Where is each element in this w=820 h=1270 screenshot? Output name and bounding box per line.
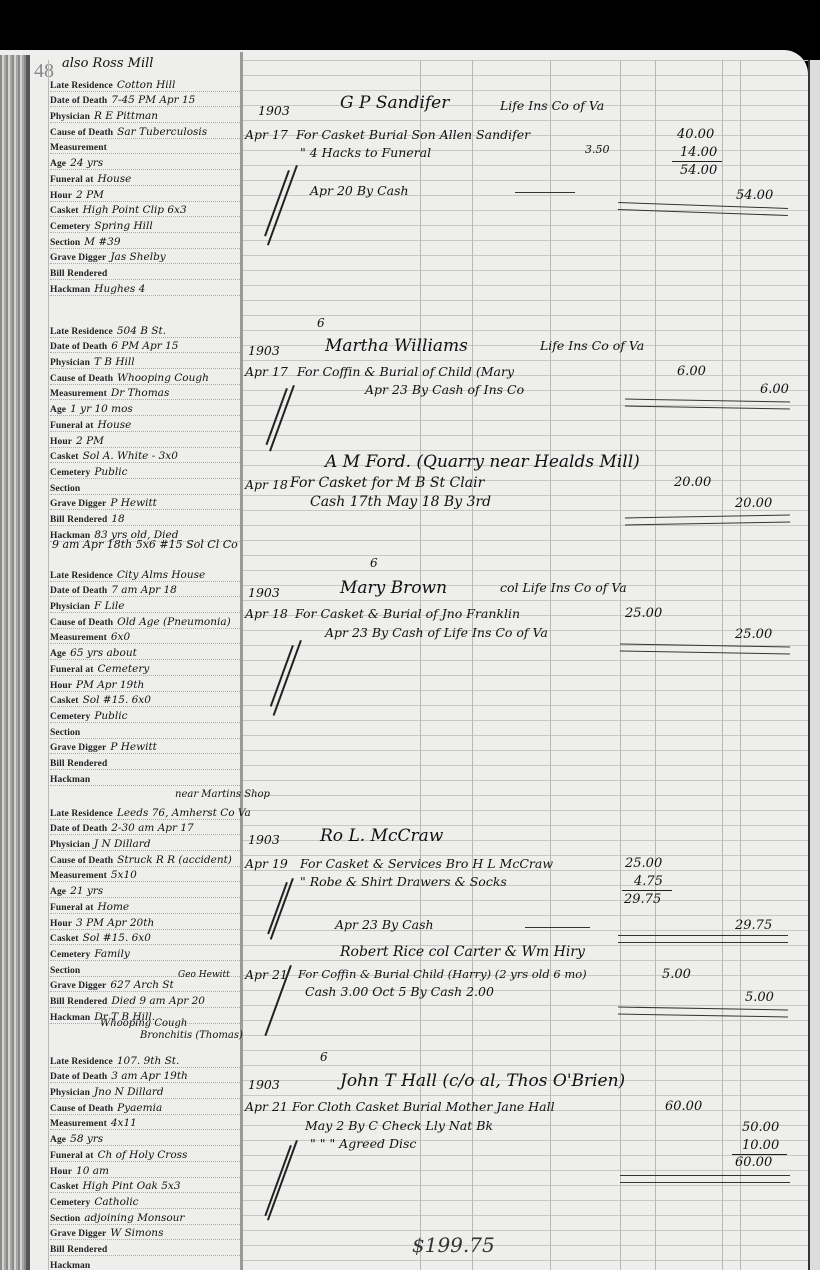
field-label: Cemetery	[50, 1198, 90, 1208]
entry-4b-line-1-debit: 5.00	[662, 967, 691, 982]
field-section: Section	[50, 479, 240, 495]
subtotal-rule	[672, 161, 722, 162]
rule-line	[243, 1185, 808, 1186]
field-value: High Pint Oak 5x3	[79, 1180, 240, 1192]
field-label: Cause of Death	[50, 1104, 113, 1114]
field-label: Bill Rendered	[50, 759, 107, 769]
entry-2b-line-1-debit: 20.00	[674, 475, 711, 490]
entry-5-credit-2: 10.00	[742, 1138, 779, 1153]
field-label: Date of Death	[50, 1072, 107, 1082]
field-value: 18	[107, 513, 240, 525]
rule-line	[243, 75, 808, 76]
field-label: Bill Rendered	[50, 269, 107, 279]
field-label: Measurement	[50, 871, 107, 881]
rule-line	[243, 525, 808, 526]
field-funeral-at: Funeral atHouse	[50, 170, 240, 186]
entry-2b-line-2-text: Cash 17th May 18 By 3rd	[310, 494, 491, 510]
field-value: Catholic	[90, 1196, 240, 1208]
field-label: Casket	[50, 934, 79, 944]
field-late-residence: Late ResidenceLeeds 76, Amherst Co Va	[50, 804, 240, 820]
field-value: 627 Arch St	[106, 979, 240, 991]
field-label: Grave Digger	[50, 981, 106, 991]
field-label: Section	[50, 966, 80, 976]
field-label: Hour	[50, 1167, 72, 1177]
field-label: Casket	[50, 1182, 79, 1192]
field-label: Grave Digger	[50, 1229, 106, 1239]
field-bill-rendered: Bill Rendered	[50, 754, 240, 770]
field-grave-digger: Grave DiggerP Hewitt	[50, 495, 240, 511]
entry-2-year: 1903	[248, 343, 280, 358]
entry-4-line-4-text: Apr 23 By Cash	[335, 917, 434, 932]
field-value: 10 am	[72, 1165, 240, 1177]
field-section: Section	[50, 723, 240, 739]
double-rule	[618, 935, 788, 943]
entry-4-credit: 29.75	[735, 918, 772, 933]
field-hour: Hour2 PM	[50, 432, 240, 448]
entry-5-total: 60.00	[735, 1155, 772, 1170]
field-label: Section	[50, 238, 80, 248]
field-value: Family	[90, 948, 240, 960]
field-value: Sol A. White - 3x0	[79, 450, 240, 462]
entry-5-year: 1903	[248, 1077, 280, 1092]
rule-line	[243, 120, 808, 121]
field-cause-of-death: Cause of DeathOld Age (Pneumonia)	[50, 613, 240, 629]
field-label: Casket	[50, 206, 79, 216]
field-value: 4x11	[107, 1117, 240, 1129]
entry-form-1: Late ResidenceCotton HillDate of Death7-…	[50, 76, 240, 296]
field-casket: CasketSol #15. 6x0	[50, 692, 240, 708]
facing-page-edge	[808, 60, 820, 1270]
entry-4-line-2-text: " Robe & Shirt Drawers & Socks	[300, 874, 507, 889]
field-cemetery: CemeteryCatholic	[50, 1193, 240, 1209]
field-value: 58 yrs	[66, 1133, 240, 1145]
field-bill-rendered: Bill RenderedDied 9 am Apr 20	[50, 992, 240, 1008]
field-cemetery: CemeteryPublic	[50, 463, 240, 479]
field-value: F Lile	[90, 600, 240, 612]
subtotal-rule	[622, 890, 672, 891]
field-value: 1 yr 10 mos	[66, 403, 240, 415]
entry-3-year: 1903	[248, 585, 280, 600]
entry-2-account-name: Martha Williams	[325, 336, 468, 356]
field-value: Leeds 76, Amherst Co Va	[113, 807, 251, 819]
rule-line	[243, 1020, 808, 1021]
field-grave-digger: Grave DiggerW Simons	[50, 1225, 240, 1241]
rule-line	[243, 660, 808, 661]
rule-line	[243, 810, 808, 811]
entry-1-line-1-date: Apr 17	[245, 127, 288, 142]
field-cause-of-death: Cause of DeathSar Tuberculosis	[50, 123, 240, 139]
field-label: Bill Rendered	[50, 515, 107, 525]
field-age: Age65 yrs about	[50, 644, 240, 660]
field-label: Funeral at	[50, 665, 93, 675]
entry-1-line-2-debit: 14.00	[680, 145, 717, 160]
field-hackman: Hackman	[50, 1256, 240, 1270]
entry-2-credit: 6.00	[760, 382, 789, 397]
field-label: Cemetery	[50, 222, 90, 232]
rule-line	[243, 1065, 808, 1066]
rule-line	[243, 1155, 808, 1156]
field-label: Casket	[50, 452, 79, 462]
entry-4b-line-2-text: Cash 3.00 Oct 5 By Cash 2.00	[305, 984, 494, 999]
field-label: Late Residence	[50, 809, 113, 819]
entry-3-credit: 25.00	[735, 627, 772, 642]
field-hackman: HackmanHughes 4	[50, 280, 240, 296]
rule-line	[243, 300, 808, 301]
field-label: Cause of Death	[50, 618, 113, 628]
rule-line	[243, 255, 808, 256]
entry-5-line-3-text: " " " Agreed Disc	[310, 1136, 416, 1151]
field-value: J N Dillard	[90, 838, 240, 850]
entry-4-line-1-debit: 25.00	[625, 856, 662, 871]
rule-line	[243, 390, 808, 391]
entry-2-line-1-text: For Coffin & Burial of Child (Mary	[297, 364, 514, 379]
entry-1-top-note: also Ross Mill	[62, 56, 153, 71]
field-funeral-at: Funeral atHouse	[50, 416, 240, 432]
field-value: City Alms House	[113, 569, 240, 581]
entry-2-index-mark: 6	[317, 316, 325, 330]
entry-2-payer: Life Ins Co of Va	[540, 338, 644, 353]
rule-line	[243, 1245, 808, 1246]
field-funeral-at: Funeral atHome	[50, 898, 240, 914]
rule-line	[243, 675, 808, 676]
field-label: Casket	[50, 696, 79, 706]
rule-line	[243, 735, 808, 736]
field-label: Physician	[50, 112, 90, 122]
field-value: P Hewitt	[106, 497, 240, 509]
field-label: Age	[50, 405, 66, 415]
field-label: Date of Death	[50, 96, 107, 106]
field-value: Whooping Cough	[113, 372, 240, 384]
field-cemetery: CemeteryFamily	[50, 945, 240, 961]
field-label: Cemetery	[50, 950, 90, 960]
rule-line	[243, 720, 808, 721]
entry-1-line-1-text: For Casket Burial Son Allen Sandifer	[296, 127, 530, 142]
field-value: Ch of Holy Cross	[93, 1149, 240, 1161]
field-hour: HourPM Apr 19th	[50, 676, 240, 692]
entry-1-line-2-text: " 4 Hacks to Funeral	[300, 145, 431, 160]
field-measurement: MeasurementDr Thomas	[50, 385, 240, 401]
field-cemetery: CemeterySpring Hill	[50, 217, 240, 233]
rule-line	[243, 930, 808, 931]
field-bill-rendered: Bill Rendered	[50, 264, 240, 280]
rule-line	[243, 690, 808, 691]
field-value: P Hewitt	[106, 741, 240, 753]
rule-line	[243, 450, 808, 451]
rule-line	[243, 180, 808, 181]
field-cemetery: CemeteryPublic	[50, 707, 240, 723]
field-label: Section	[50, 1214, 80, 1224]
entry-5-line-1-text: For Cloth Casket Burial Mother Jane Hall	[292, 1099, 555, 1114]
rule-line	[243, 1035, 808, 1036]
rule-line	[243, 1170, 808, 1171]
entry-2-line-1-date: Apr 17	[245, 364, 288, 379]
entry-4-extra-note-2: Bronchitis (Thomas)	[140, 1030, 243, 1041]
field-physician: PhysicianT B Hill	[50, 353, 240, 369]
field-date-of-death: Date of Death2-30 am Apr 17	[50, 820, 240, 836]
field-value: Sol #15. 6x0	[79, 932, 240, 944]
entry-3-account-name: Mary Brown	[340, 578, 447, 598]
entry-3-line-1-debit: 25.00	[625, 606, 662, 621]
field-label: Late Residence	[50, 1057, 113, 1067]
entry-4-subtotal: 29.75	[624, 892, 661, 907]
rule-line	[243, 1005, 808, 1006]
entry-4b-line-1-text: For Coffin & Burial Child (Harry) (2 yrs…	[298, 967, 587, 981]
entry-5-line-1-debit: 60.00	[665, 1099, 702, 1114]
field-physician: PhysicianJno N Dillard	[50, 1083, 240, 1099]
rule-line	[243, 1095, 808, 1096]
rule-line	[243, 555, 808, 556]
field-measurement: Measurement4x11	[50, 1115, 240, 1131]
field-physician: PhysicianJ N Dillard	[50, 835, 240, 851]
rule-line	[243, 315, 808, 316]
rule-line	[243, 1230, 808, 1231]
field-value: 504 B St.	[113, 325, 240, 337]
field-value: T B Hill	[90, 356, 240, 368]
field-label: Measurement	[50, 389, 107, 399]
field-value: High Point Clip 6x3	[79, 204, 240, 216]
entry-2b-credit: 20.00	[735, 496, 772, 511]
rule-line	[243, 570, 808, 571]
entry-4-margin-note: Geo Hewitt	[178, 970, 230, 980]
rule-line	[243, 795, 808, 796]
field-label: Hackman	[50, 1261, 90, 1270]
entry-1-credit: 54.00	[736, 188, 773, 203]
field-label: Physician	[50, 1088, 90, 1098]
field-label: Measurement	[50, 143, 107, 153]
field-grave-digger: Grave DiggerJas Shelby	[50, 249, 240, 265]
field-label: Bill Rendered	[50, 1245, 107, 1255]
field-age: Age24 yrs	[50, 154, 240, 170]
entry-1-line-4-text: Apr 20 By Cash	[310, 183, 409, 198]
entry-2b-line-1-text: For Casket for M B St Clair	[290, 475, 484, 491]
rule-line	[243, 510, 808, 511]
field-bill-rendered: Bill Rendered18	[50, 510, 240, 526]
field-value: 6x0	[107, 631, 240, 643]
field-label: Age	[50, 887, 66, 897]
field-bill-rendered: Bill Rendered	[50, 1240, 240, 1256]
field-age: Age58 yrs	[50, 1130, 240, 1146]
field-hour: Hour10 am	[50, 1162, 240, 1178]
field-section: SectionM #39	[50, 233, 240, 249]
field-value: 5x10	[107, 869, 240, 881]
double-rule	[620, 1175, 790, 1183]
field-hour: Hour2 PM	[50, 186, 240, 202]
entry-1-line-1-debit: 40.00	[677, 127, 714, 142]
field-value: 21 yrs	[66, 885, 240, 897]
field-date-of-death: Date of Death7-45 PM Apr 15	[50, 92, 240, 108]
field-value: Jno N Dillard	[90, 1086, 240, 1098]
field-value: Pyaemia	[113, 1102, 240, 1114]
rule-line	[243, 900, 808, 901]
field-measurement: Measurement5x10	[50, 867, 240, 883]
field-grave-digger: Grave DiggerP Hewitt	[50, 739, 240, 755]
column-rule	[722, 60, 723, 1270]
field-label: Grave Digger	[50, 743, 106, 753]
entry-4-line-1-text: For Casket & Services Bro H L McCraw	[300, 856, 553, 871]
dash-rule	[515, 192, 575, 193]
rule-line	[243, 60, 808, 61]
rule-line	[243, 225, 808, 226]
field-label: Bill Rendered	[50, 997, 107, 1007]
field-value: R E Pittman	[90, 110, 240, 122]
field-cause-of-death: Cause of DeathWhooping Cough	[50, 369, 240, 385]
field-value: 107. 9th St.	[113, 1055, 240, 1067]
field-late-residence: Late Residence107. 9th St.	[50, 1052, 240, 1068]
field-label: Hour	[50, 919, 72, 929]
entry-2-line-1-debit: 6.00	[677, 364, 706, 379]
field-value: 24 yrs	[66, 157, 240, 169]
entry-4b-account-name: Robert Rice col Carter & Wm Hiry	[340, 944, 585, 960]
field-label: Age	[50, 1135, 66, 1145]
entry-4b-credit: 5.00	[745, 990, 774, 1005]
field-measurement: Measurement6x0	[50, 629, 240, 645]
field-value: Public	[90, 710, 240, 722]
entry-1-subtotal: 54.00	[680, 163, 717, 178]
field-label: Late Residence	[50, 571, 113, 581]
field-age: Age1 yr 10 mos	[50, 400, 240, 416]
rule-line	[243, 420, 808, 421]
field-value: Struck R R (accident)	[113, 854, 240, 866]
field-value: Sol #15. 6x0	[79, 694, 240, 706]
field-label: Funeral at	[50, 1151, 93, 1161]
entry-5-line-1-date: Apr 21	[245, 1099, 288, 1114]
rule-line	[243, 1260, 808, 1261]
entry-5-index-mark: 6	[320, 1050, 328, 1064]
entry-3-line-1-date: Apr 18	[245, 606, 288, 621]
entry-5-credit-1: 50.00	[742, 1120, 779, 1135]
field-label: Date of Death	[50, 342, 107, 352]
field-value: 65 yrs about	[66, 647, 240, 659]
entry-form-5: Late Residence107. 9th St.Date of Death3…	[50, 1052, 240, 1270]
entry-2-extra-note: 9 am Apr 18th 5x6 #15 Sol Cl Co	[52, 538, 238, 551]
field-value: Dr Thomas	[107, 387, 240, 399]
entry-5-line-2-text: May 2 By C Check Lly Nat Bk	[305, 1118, 493, 1133]
entry-4-year: 1903	[248, 832, 280, 847]
field-value: 2-30 am Apr 17	[107, 822, 240, 834]
field-date-of-death: Date of Death3 am Apr 19th	[50, 1068, 240, 1084]
field-label: Late Residence	[50, 327, 113, 337]
field-label: Hackman	[50, 1013, 90, 1023]
field-cause-of-death: Cause of DeathPyaemia	[50, 1099, 240, 1115]
field-value: 7 am Apr 18	[107, 584, 240, 596]
entry-3-payer: col Life Ins Co of Va	[500, 580, 627, 595]
entry-4-extra-note: Whooping Cough	[100, 1018, 187, 1029]
rule-line	[243, 435, 808, 436]
field-label: Date of Death	[50, 586, 107, 596]
entry-1-year: 1903	[258, 103, 290, 118]
field-value: Cotton Hill	[113, 79, 240, 91]
field-physician: PhysicianF Lile	[50, 597, 240, 613]
entry-form-3: Late ResidenceCity Alms HouseDate of Dea…	[50, 566, 240, 786]
field-hour: Hour3 PM Apr 20th	[50, 914, 240, 930]
field-label: Funeral at	[50, 421, 93, 431]
field-physician: PhysicianR E Pittman	[50, 107, 240, 123]
field-value: 6 PM Apr 15	[107, 340, 240, 352]
field-value: adjoining Monsour	[80, 1212, 240, 1224]
field-label: Cause of Death	[50, 128, 113, 138]
field-label: Grave Digger	[50, 253, 106, 263]
field-casket: CasketSol A. White - 3x0	[50, 448, 240, 464]
field-late-residence: Late ResidenceCotton Hill	[50, 76, 240, 92]
field-value: M #39	[80, 236, 240, 248]
field-funeral-at: Funeral atCemetery	[50, 660, 240, 676]
field-label: Hour	[50, 191, 72, 201]
entry-4-line-2-debit: 4.75	[634, 874, 663, 889]
entry-3-index-mark: 6	[370, 556, 378, 570]
field-value: Spring Hill	[90, 220, 240, 232]
field-section: Sectionadjoining Monsour	[50, 1209, 240, 1225]
field-cause-of-death: Cause of DeathStruck R R (accident)	[50, 851, 240, 867]
field-label: Age	[50, 649, 66, 659]
rule-line	[243, 90, 808, 91]
field-label: Cause of Death	[50, 374, 113, 384]
rule-line	[243, 240, 808, 241]
entry-2-line-2-text: Apr 23 By Cash of Ins Co	[365, 382, 524, 397]
field-label: Late Residence	[50, 81, 113, 91]
field-value: 3 am Apr 19th	[107, 1070, 240, 1082]
field-value: 2 PM	[72, 435, 240, 447]
field-value: Died 9 am Apr 20	[107, 995, 240, 1007]
entry-1-line-2-sub: 3.50	[585, 143, 610, 156]
entry-1-account-name: G P Sandifer	[340, 93, 449, 113]
field-label: Physician	[50, 840, 90, 850]
rule-line	[243, 600, 808, 601]
rule-line	[243, 1200, 808, 1201]
field-value: 3 PM Apr 20th	[72, 917, 240, 929]
rule-line	[243, 750, 808, 751]
field-casket: CasketHigh Pint Oak 5x3	[50, 1178, 240, 1194]
column-rule	[48, 60, 49, 1270]
entry-form-2: Late Residence504 B St.Date of Death6 PM…	[50, 322, 240, 542]
field-hackman: Hackman	[50, 770, 240, 786]
field-label: Grave Digger	[50, 499, 106, 509]
rule-line	[243, 1215, 808, 1216]
entry-2b-line-1-date: Apr 18	[245, 477, 288, 492]
field-measurement: Measurement	[50, 139, 240, 155]
rule-line	[243, 165, 808, 166]
rule-line	[243, 330, 808, 331]
dash-rule	[525, 927, 590, 928]
field-value: Home	[93, 901, 240, 913]
rule-line	[243, 360, 808, 361]
field-label: Cemetery	[50, 712, 90, 722]
column-rule	[655, 60, 656, 1270]
rule-line	[243, 285, 808, 286]
field-value: House	[93, 419, 240, 431]
entry-5-account-name: John T Hall (c/o al, Thos O'Brien)	[340, 1071, 625, 1091]
page-total: $199.75	[412, 1233, 495, 1257]
field-label: Hour	[50, 681, 72, 691]
book-spine-edge	[26, 55, 30, 1270]
book-spine	[0, 55, 26, 1270]
field-value: Old Age (Pneumonia)	[113, 616, 240, 628]
entry-1-payer: Life Ins Co of Va	[500, 98, 604, 113]
field-value: Public	[90, 466, 240, 478]
rule-line	[243, 270, 808, 271]
field-label: Measurement	[50, 633, 107, 643]
field-date-of-death: Date of Death6 PM Apr 15	[50, 338, 240, 354]
entry-4-line-1-date: Apr 19	[245, 856, 288, 871]
field-value: 2 PM	[72, 189, 240, 201]
field-value: House	[93, 173, 240, 185]
field-label: Hour	[50, 437, 72, 447]
field-label: Section	[50, 728, 80, 738]
field-late-residence: Late ResidenceCity Alms House	[50, 566, 240, 582]
field-value: Jas Shelby	[106, 251, 240, 263]
rule-line	[243, 705, 808, 706]
field-date-of-death: Date of Death7 am Apr 18	[50, 582, 240, 598]
field-value: PM Apr 19th	[72, 679, 240, 691]
